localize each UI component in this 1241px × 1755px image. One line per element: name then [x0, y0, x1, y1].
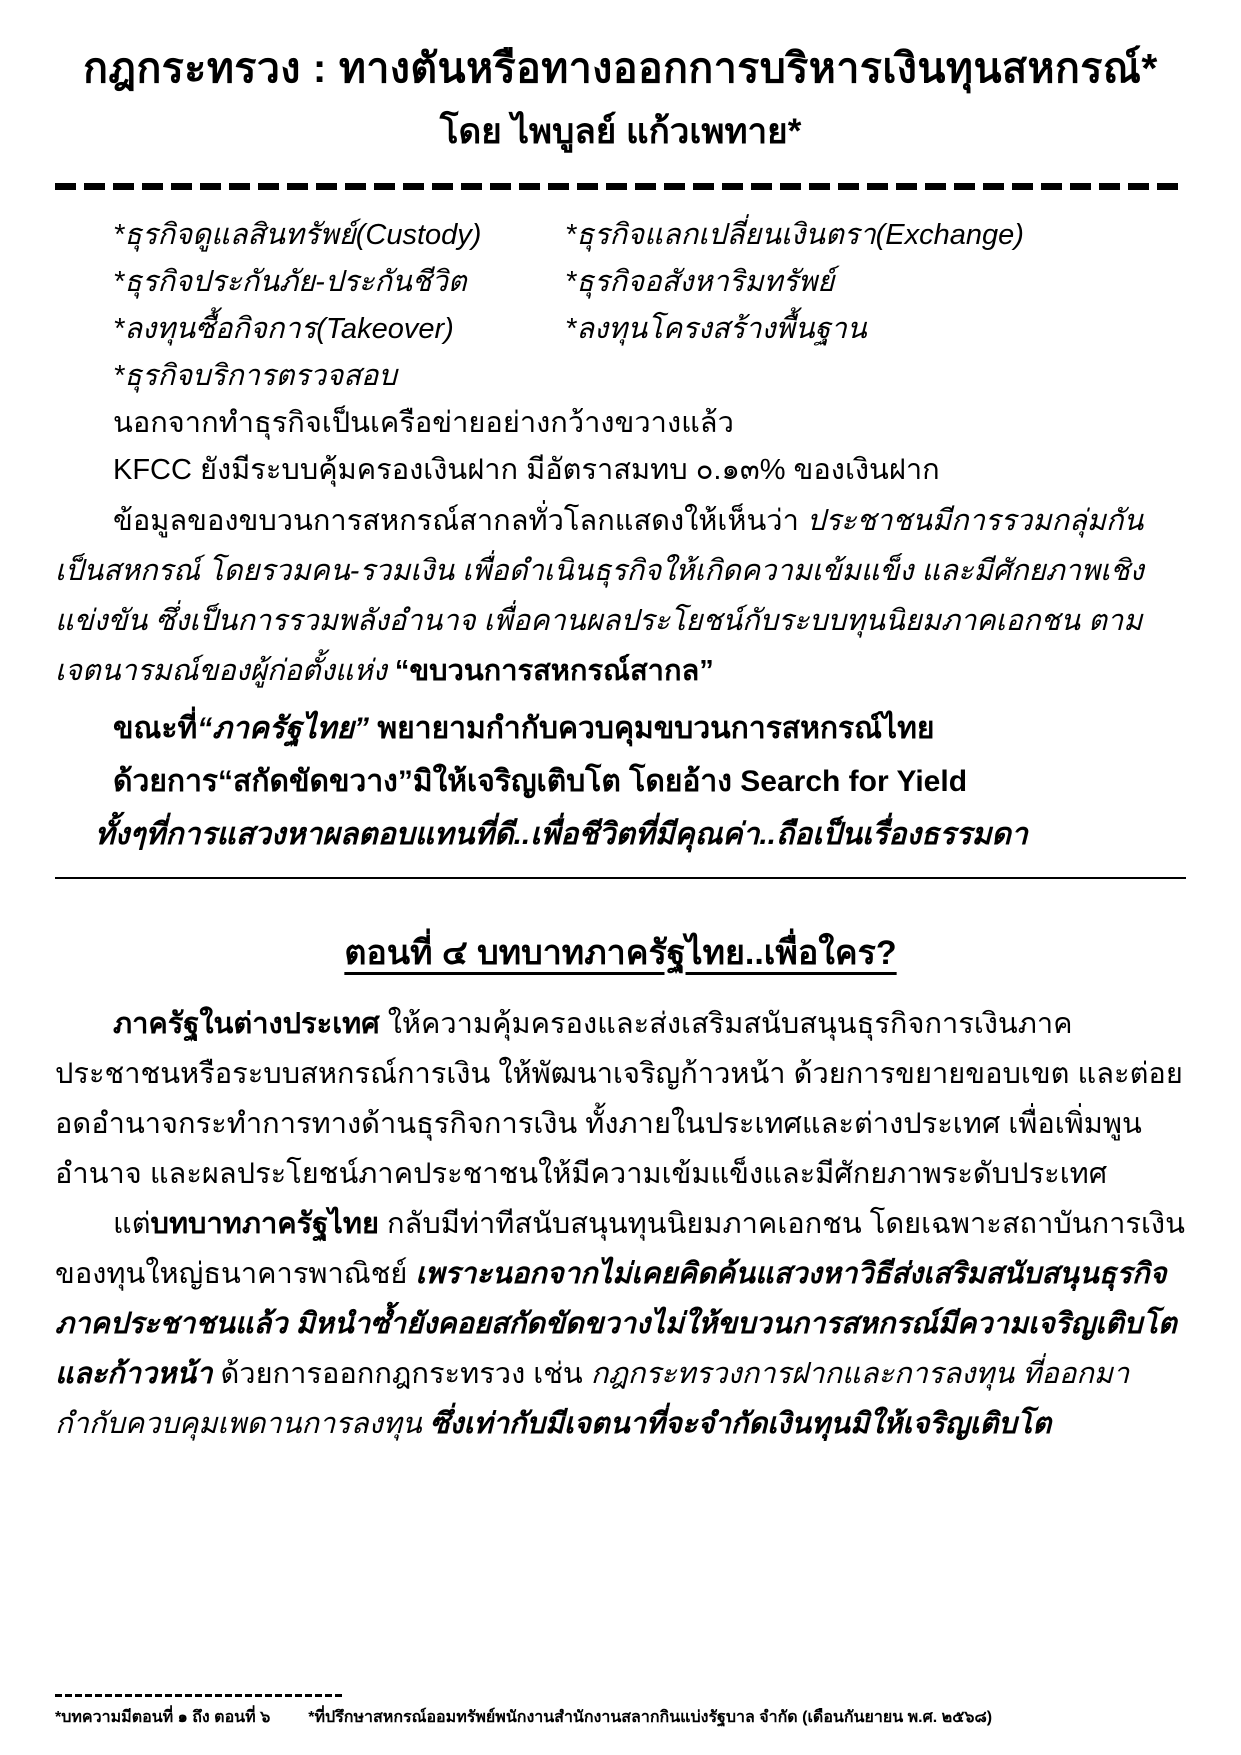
list-item-left: *ธุรกิจดูแลสินทรัพย์(Custody): [113, 212, 565, 259]
list-item-right: *ลงทุนโครงสร้างพื้นฐาน: [565, 306, 1186, 353]
business-list: *ธุรกิจดูแลสินทรัพย์(Custody) *ธุรกิจแลก…: [113, 212, 1186, 400]
footnote-text: *บทความมีตอนที่ ๑ ถึง ตอนที่ ๖*ที่ปรึกษา…: [55, 1707, 1186, 1729]
text-run: ภาครัฐในต่างประเทศ: [113, 1008, 388, 1040]
dashed-divider: [55, 183, 1186, 190]
footnote-series: *บทความมีตอนที่ ๑ ถึง ตอนที่ ๖: [55, 1709, 270, 1726]
list-item: *ธุรกิจประกันภัย-ประกันชีวิต *ธุรกิจอสัง…: [113, 259, 1186, 306]
list-item-left: *ธุรกิจบริการตรวจสอบ: [113, 353, 565, 400]
text-run: “ภาครัฐไทย”: [197, 712, 369, 745]
article-page: กฎกระทรวง : ทางตันหรือทางออกการบริหารเงิ…: [0, 0, 1241, 1755]
list-item: *ลงทุนซื้อกิจการ(Takeover) *ลงทุนโครงสร้…: [113, 306, 1186, 353]
footnote-author: *ที่ปรึกษาสหกรณ์ออมทรัพย์พนักงานสำนักงาน…: [308, 1709, 992, 1726]
text-run: “ขบวนการสหกรณ์สากล”: [395, 655, 714, 687]
paragraph-global-coop: ข้อมูลของขบวนการสหกรณ์สากลทั่วโลกแสดงให้…: [55, 496, 1186, 696]
paragraph-foreign-government: ภาครัฐในต่างประเทศ ให้ความคุ้มครองและส่ง…: [55, 999, 1186, 1199]
paragraph-thai-government: แต่บทบาทภาครัฐไทย กลับมีท่าทีสนับสนุนทุน…: [55, 1199, 1186, 1449]
text-run: แต่: [113, 1208, 151, 1240]
text-run: ซึ่งเท่ากับมีเจตนาที่จะจำกัดเงินทุนมิให้…: [430, 1408, 1051, 1440]
list-item-left: *ธุรกิจประกันภัย-ประกันชีวิต: [113, 259, 565, 306]
text-run: พยายามกำกับควบคุมขบวนการสหกรณ์ไทย: [369, 712, 934, 745]
text-run: ด้วยการออกกฎกระทรวง เช่น: [212, 1358, 590, 1390]
section-body: ภาครัฐในต่างประเทศ ให้ความคุ้มครองและส่ง…: [55, 999, 1186, 1449]
emphasis-block: ขณะที่“ภาครัฐไทย” พยายามกำกับควบคุมขบวนก…: [55, 702, 1186, 861]
text-run: ข้อมูลของขบวนการสหกรณ์สากลทั่วโลกแสดงให้…: [113, 505, 807, 537]
footnote-divider: [55, 1694, 345, 1697]
text-run: บทบาทภาครัฐไทย: [151, 1208, 379, 1240]
list-item-right: *ธุรกิจแลกเปลี่ยนเงินตรา(Exchange): [565, 212, 1186, 259]
emphasis-line-1: ขณะที่“ภาครัฐไทย” พยายามกำกับควบคุมขบวนก…: [113, 702, 1186, 755]
text-run: ขณะที่: [113, 712, 197, 745]
list-item-right: *ธุรกิจอสังหาริมทรัพย์: [565, 259, 1186, 306]
article-byline: โดย ไพบูลย์ แก้วเพทาย*: [55, 109, 1186, 155]
text-run: ทั้งๆที่การแสวงหาผลตอบแทนที่ดี..เพื่อชีว…: [95, 818, 1028, 851]
list-item-left: *ลงทุนซื้อกิจการ(Takeover): [113, 306, 565, 353]
list-item: *ธุรกิจดูแลสินทรัพย์(Custody) *ธุรกิจแลก…: [113, 212, 1186, 259]
paragraph-kfcc: KFCC ยังมีระบบคุ้มครองเงินฝาก มีอัตราสมท…: [113, 447, 1186, 494]
section-divider: [55, 877, 1186, 879]
article-title: กฎกระทรวง : ทางตันหรือทางออกการบริหารเงิ…: [55, 42, 1186, 95]
emphasis-line-2: ด้วยการ“สกัดขัดขวาง”มิให้เจริญเติบโต โดย…: [113, 755, 1186, 808]
section-heading: ตอนที่ ๔ บทบาทภาครัฐไทย..เพื่อใคร?: [55, 925, 1186, 979]
paragraph-network: นอกจากทำธุรกิจเป็นเครือข่ายอย่างกว้างขวา…: [113, 400, 1186, 447]
text-run: ด้วยการ“สกัดขัดขวาง”มิให้เจริญเติบโต โดย…: [113, 765, 967, 798]
list-item: *ธุรกิจบริการตรวจสอบ: [113, 353, 1186, 400]
emphasis-paragraph: ทั้งๆที่การแสวงหาผลตอบแทนที่ดี..เพื่อชีว…: [55, 808, 1186, 861]
document-body: { "colors": { "text": "#000000", "backgr…: [0, 0, 1241, 1755]
footnote-area: *บทความมีตอนที่ ๑ ถึง ตอนที่ ๖*ที่ปรึกษา…: [55, 1694, 1186, 1729]
list-item-right: [565, 353, 1186, 400]
